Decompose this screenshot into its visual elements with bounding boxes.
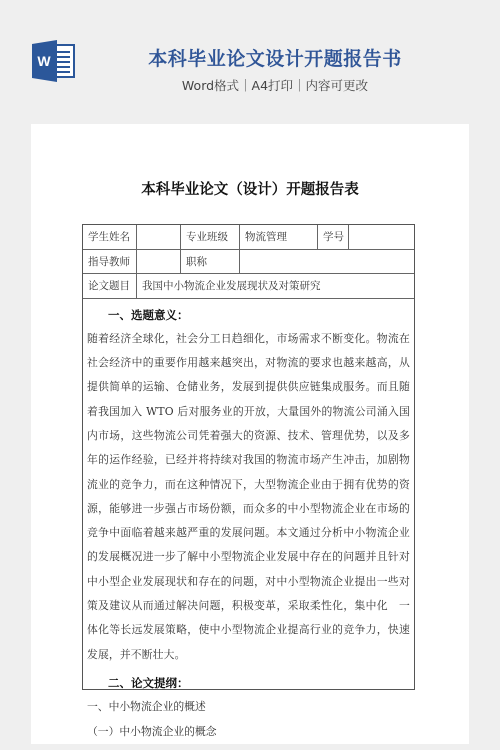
major-class-label: 专业班级 bbox=[181, 225, 240, 249]
section-heading-significance: 一、选题意义： bbox=[87, 303, 410, 327]
document-page: 本科毕业论文（设计）开题报告表 学生姓名 专业班级 物流管理 学号 指导教师 职… bbox=[31, 124, 469, 744]
title-rank-label: 职称 bbox=[181, 250, 240, 274]
proposal-table: 学生姓名 专业班级 物流管理 学号 指导教师 职称 论文题目 我国中小物流企业发… bbox=[82, 224, 415, 690]
banner-subtitle: Word格式｜A4打印｜内容可更改 bbox=[140, 76, 410, 94]
thesis-title-field[interactable]: 我国中小物流企业发展现状及对策研究 bbox=[137, 274, 414, 298]
student-id-label: 学号 bbox=[318, 225, 349, 249]
outline-item: （一）中小物流企业的概念 bbox=[87, 720, 410, 744]
significance-paragraph: 随着经济全球化，社会分工日趋细化，市场需求不断变化。物流在社会经济中的重要作用越… bbox=[87, 327, 410, 667]
major-class-field[interactable]: 物流管理 bbox=[240, 225, 318, 249]
svg-text:W: W bbox=[37, 53, 51, 69]
advisor-field[interactable] bbox=[137, 250, 181, 274]
banner-title: 本科毕业论文设计开题报告书 bbox=[140, 44, 410, 71]
student-name-field[interactable] bbox=[137, 225, 181, 249]
advisor-label: 指导教师 bbox=[83, 250, 137, 274]
title-rank-field[interactable] bbox=[240, 250, 414, 274]
table-row-thesis-title: 论文题目 我国中小物流企业发展现状及对策研究 bbox=[83, 274, 414, 299]
student-name-label: 学生姓名 bbox=[83, 225, 137, 249]
document-title: 本科毕业论文（设计）开题报告表 bbox=[31, 178, 469, 199]
banner-header: W 本科毕业论文设计开题报告书 Word格式｜A4打印｜内容可更改 bbox=[0, 0, 500, 124]
table-row-advisor: 指导教师 职称 bbox=[83, 250, 414, 275]
section-heading-outline: 二、论文提纲： bbox=[87, 671, 410, 695]
word-icon: W bbox=[32, 40, 76, 82]
thesis-title-label: 论文题目 bbox=[83, 274, 137, 298]
proposal-body[interactable]: 一、选题意义： 随着经济全球化，社会分工日趋细化，市场需求不断变化。物流在社会经… bbox=[83, 299, 414, 689]
student-id-field[interactable] bbox=[349, 225, 414, 249]
outline-item: 一、中小物流企业的概述 bbox=[87, 695, 410, 719]
table-row-student: 学生姓名 专业班级 物流管理 学号 bbox=[83, 225, 414, 250]
